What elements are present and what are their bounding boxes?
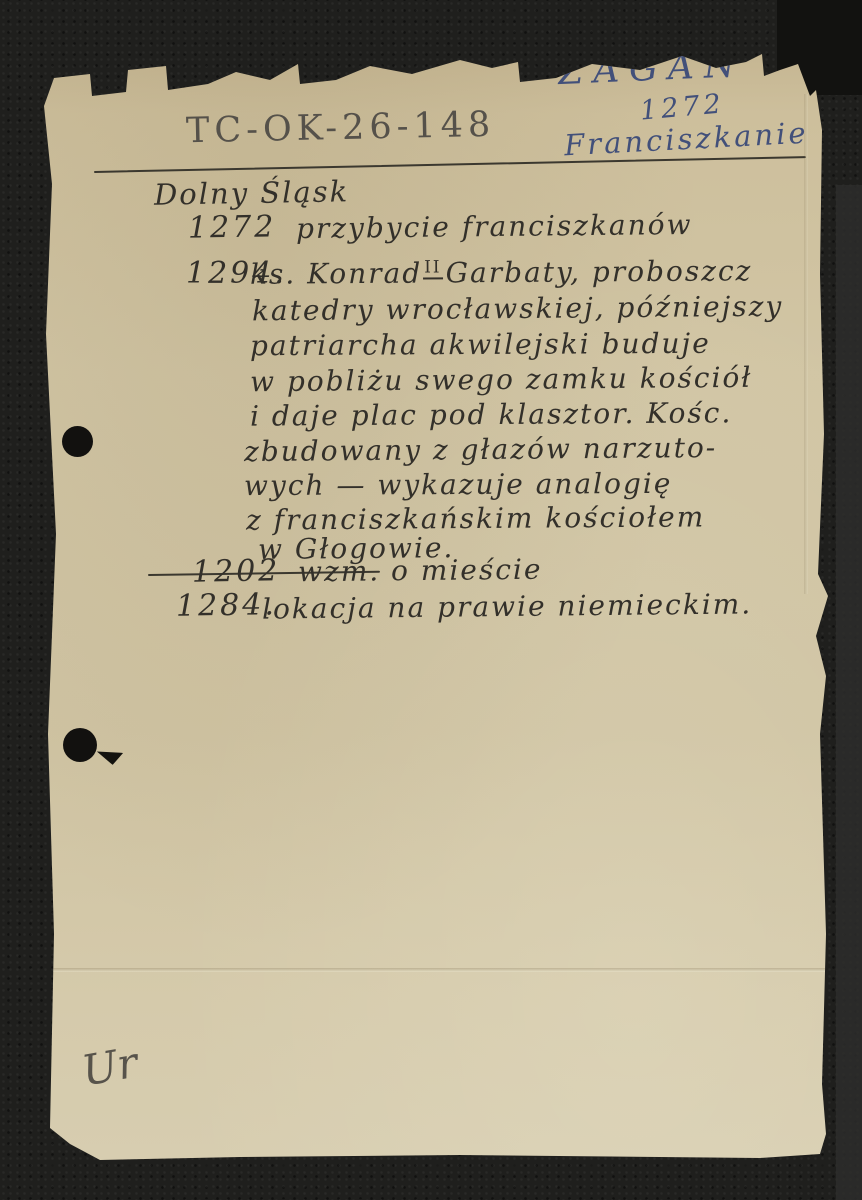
pencil-initials: Ur [78,1038,141,1096]
region-heading: Dolny Śląsk [154,174,350,211]
scanned-archive-card: { "document": { "corner_note": { "place"… [0,0,862,1200]
paper-sheet: ŻAGAŃ 1272 Franciszkanie TC-OK-26-148 Do… [40,34,832,1160]
entry-text-line: z franciszkańskim kościołem [246,500,705,536]
entry-text: wzm. o mieście [298,553,543,589]
punch-hole-bottom [63,728,97,762]
horizontal-fold-crease [40,968,832,972]
corner-note-place: ŻAGAŃ [557,44,746,93]
corner-note-order: Franciszkanie [563,116,809,163]
entry-text-part: Garbaty, proboszcz [446,254,753,289]
entry-text-line: zbudowany z głazów narzuto- [244,431,717,468]
vertical-edge-crease [804,94,808,594]
entry-text-line: katedry wrocławskiej, późniejszy [252,290,783,328]
punch-hole-top [62,426,93,457]
entry-year: 1202 [192,553,281,590]
header-rule-line [94,156,806,173]
archive-code: TC-OK-26-148 [186,105,496,151]
regnal-numeral-superscript: II [423,257,443,279]
entry-text-line: patriarcha akwilejski buduje [250,327,711,362]
entry-text-part: ks. Konrad [250,257,422,291]
entry-text: przybycie franciszkanów [296,208,693,245]
entry-text-line: i daje plac pod klasztor. Kośc. [250,396,733,432]
background-edge-band [836,185,862,1200]
punch-hole-tear [95,747,123,766]
entry-text-line: wych — wykazuje analogię [244,467,673,502]
entry-year: 1272 [188,209,277,245]
entry-text-line: w pobliżu swego zamku kościół [250,361,753,398]
entry-text-line: ks. KonradIIGarbaty, proboszcz [250,254,753,291]
entry-text: lokacja na prawie niemieckim. [262,587,752,625]
